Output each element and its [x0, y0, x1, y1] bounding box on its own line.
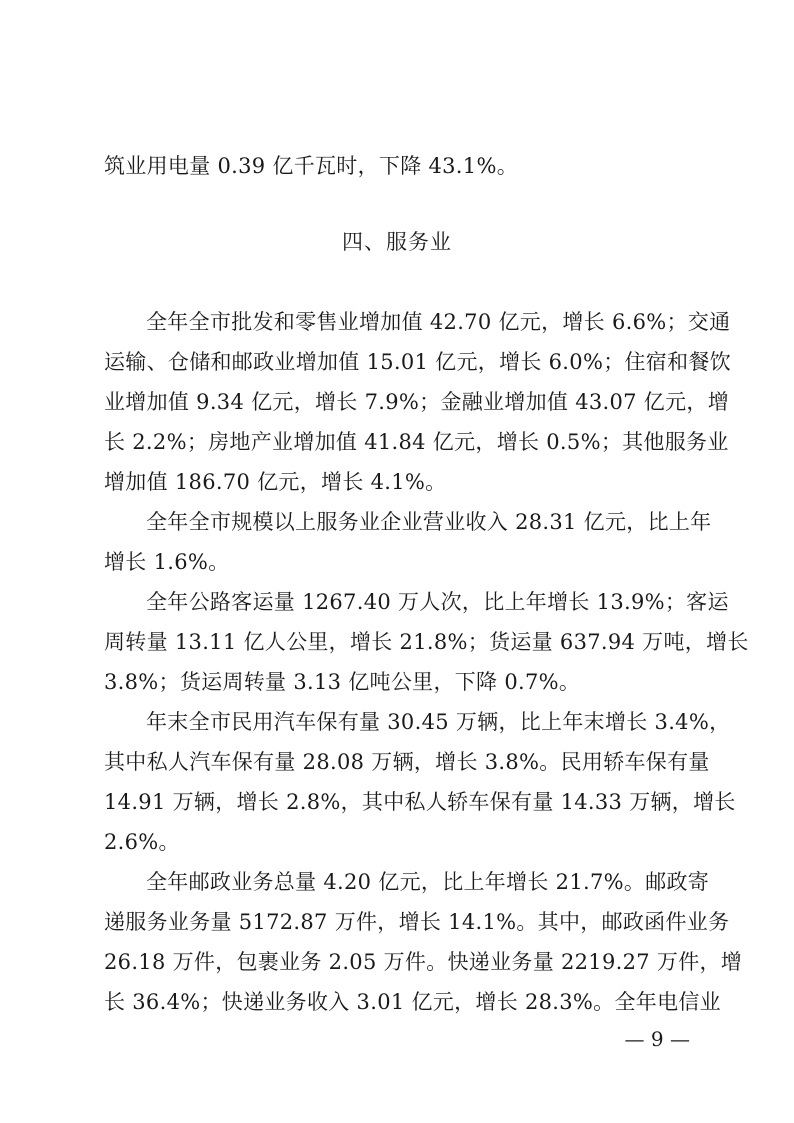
paragraph-line: 运输、仓储和邮政业增加值 15.01 亿元，增长 6.0%；住宿和餐饮: [104, 342, 692, 382]
paragraph-line: 全年全市规模以上服务业企业营业收入 28.31 亿元，比上年: [146, 502, 692, 542]
page-number: — 9 —: [600, 1024, 690, 1054]
document-page: 筑业用电量 0.39 亿千瓦时，下降 43.1%。 四、服务业 全年全市批发和零…: [0, 0, 794, 1123]
section-heading: 四、服务业: [0, 222, 794, 262]
paragraph-line: 其中私人汽车保有量 28.08 万辆，增长 3.8%。民用轿车保有量: [104, 742, 692, 782]
paragraph-line: 14.91 万辆，增长 2.8%，其中私人轿车保有量 14.33 万辆，增长: [104, 782, 692, 822]
continuation-line: 筑业用电量 0.39 亿千瓦时，下降 43.1%。: [104, 146, 692, 186]
paragraph-line: 2.6%。: [104, 822, 692, 862]
paragraph-line: 周转量 13.11 亿人公里，增长 21.8%；货运量 637.94 万吨，增长: [104, 622, 692, 662]
paragraph-line: 年末全市民用汽车保有量 30.45 万辆，比上年末增长 3.4%，: [146, 702, 692, 742]
paragraph-line: 增长 1.6%。: [104, 542, 692, 582]
paragraph-line: 增加值 186.70 亿元，增长 4.1%。: [104, 462, 692, 502]
paragraph-line: 长 36.4%；快递业务收入 3.01 亿元，增长 28.3%。全年电信业: [104, 982, 692, 1022]
paragraph-line: 全年全市批发和零售业增加值 42.70 亿元，增长 6.6%；交通: [146, 302, 692, 342]
paragraph-line: 3.8%；货运周转量 3.13 亿吨公里，下降 0.7%。: [104, 662, 692, 702]
paragraph-line: 长 2.2%；房地产业增加值 41.84 亿元，增长 0.5%；其他服务业: [104, 422, 692, 462]
paragraph-line: 全年邮政业务总量 4.20 亿元，比上年增长 21.7%。邮政寄: [146, 862, 692, 902]
paragraph-line: 全年公路客运量 1267.40 万人次，比上年增长 13.9%；客运: [146, 582, 692, 622]
paragraph-line: 26.18 万件，包裹业务 2.05 万件。快递业务量 2219.27 万件，增: [104, 942, 692, 982]
paragraph-line: 递服务业务量 5172.87 万件，增长 14.1%。其中，邮政函件业务: [104, 902, 692, 942]
paragraph-line: 业增加值 9.34 亿元，增长 7.9%；金融业增加值 43.07 亿元，增: [104, 382, 692, 422]
